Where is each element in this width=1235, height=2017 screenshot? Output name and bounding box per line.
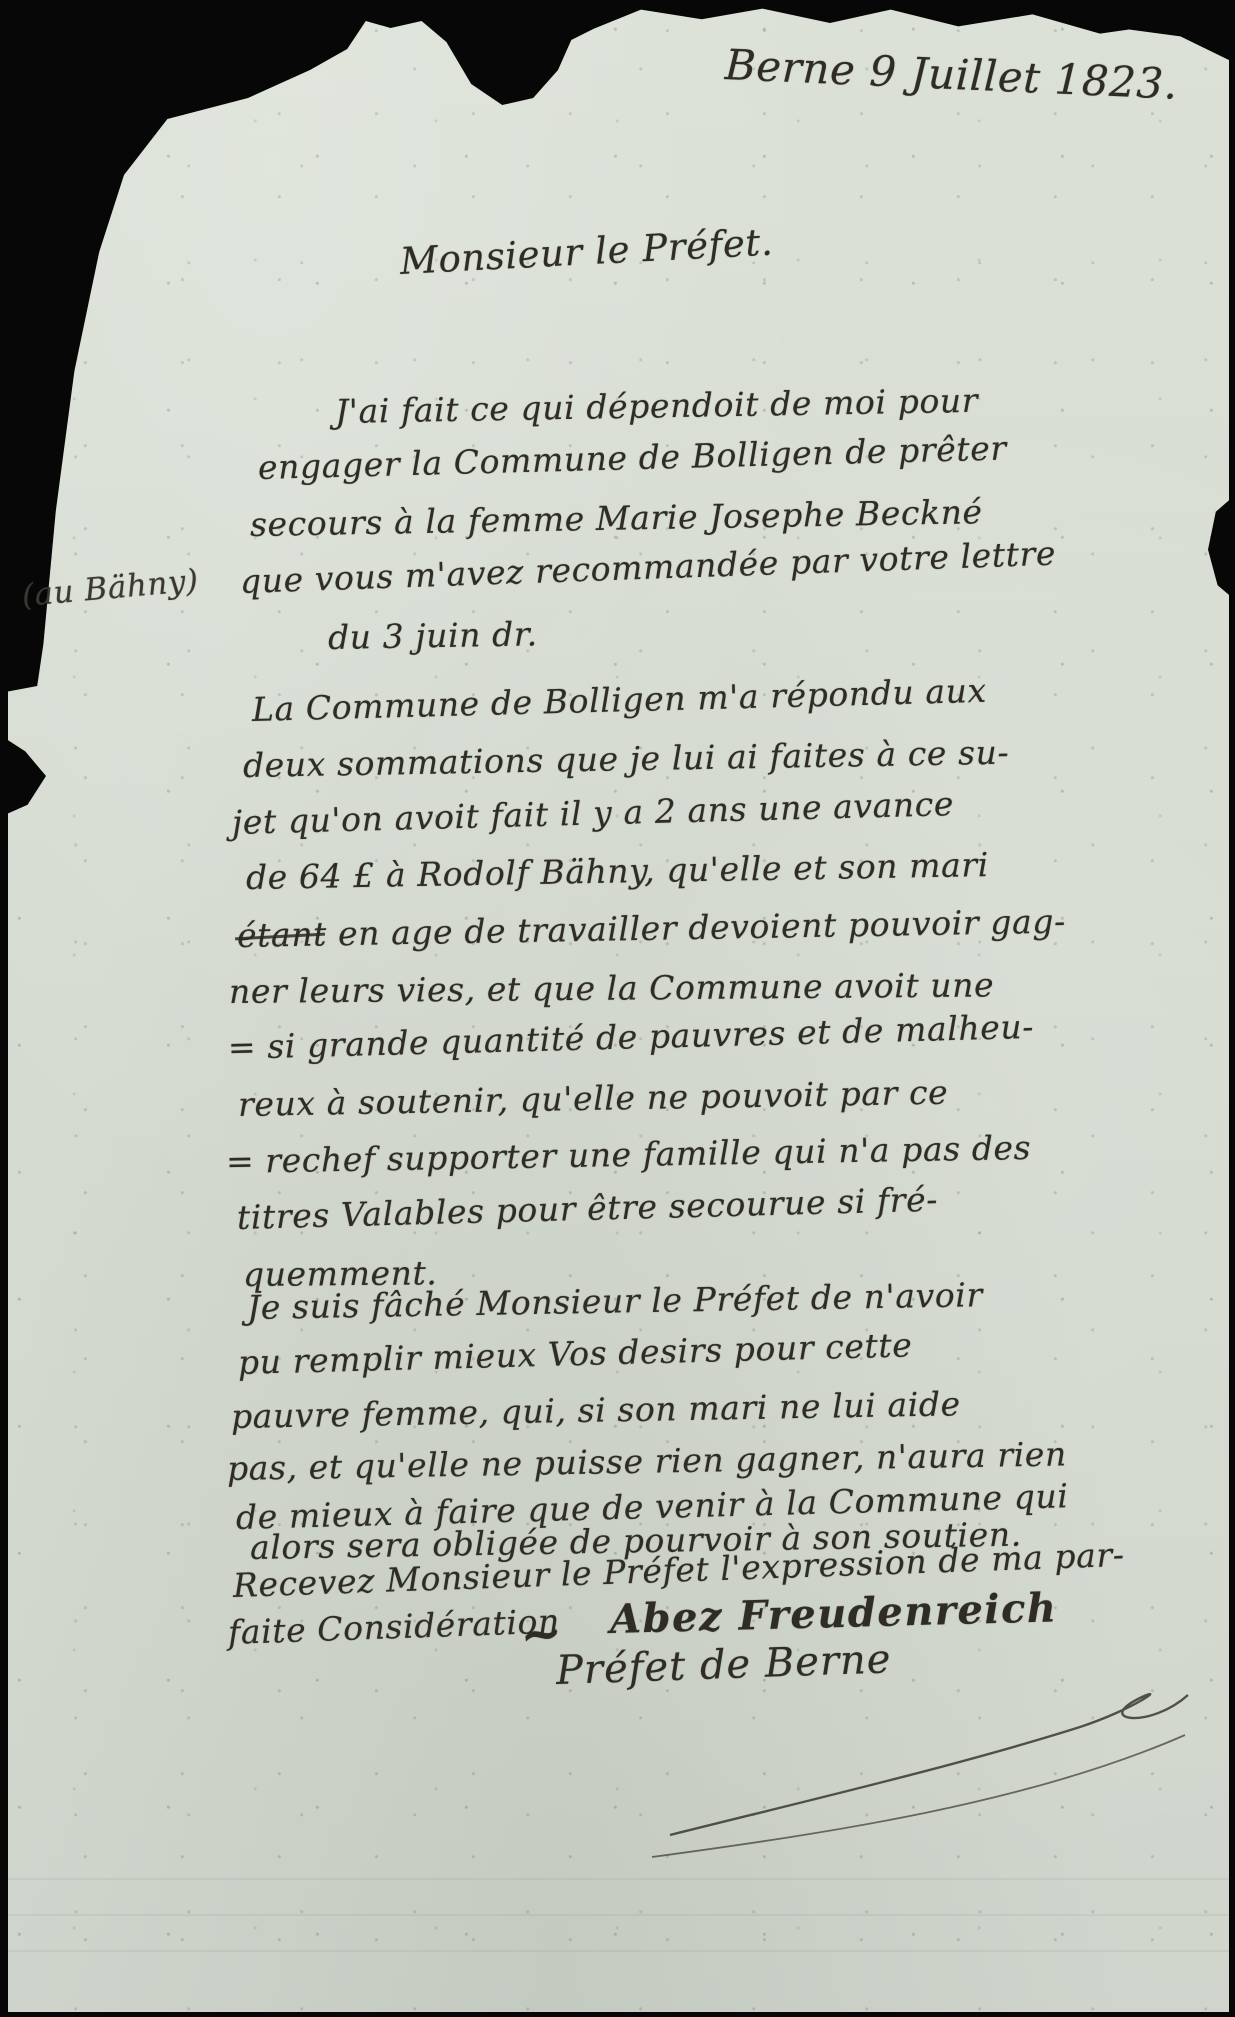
- paper-streak: [0, 1950, 1235, 1952]
- letter-line: ner leurs vies, et que la Commune avoit …: [229, 965, 994, 1011]
- edge-strip-bottom: [0, 2012, 1235, 2017]
- paper-streak: [0, 1914, 1235, 1916]
- signature-flourish: [640, 1665, 1220, 1875]
- paper-streak: [0, 1878, 1235, 1880]
- scanned-letter-page: Berne 9 Juillet 1823. Monsieur le Préfet…: [0, 0, 1235, 2017]
- edge-strip-right: [1229, 0, 1235, 2017]
- edge-strip-left: [0, 0, 8, 2017]
- letter-line: du 3 juin dr.: [328, 614, 538, 657]
